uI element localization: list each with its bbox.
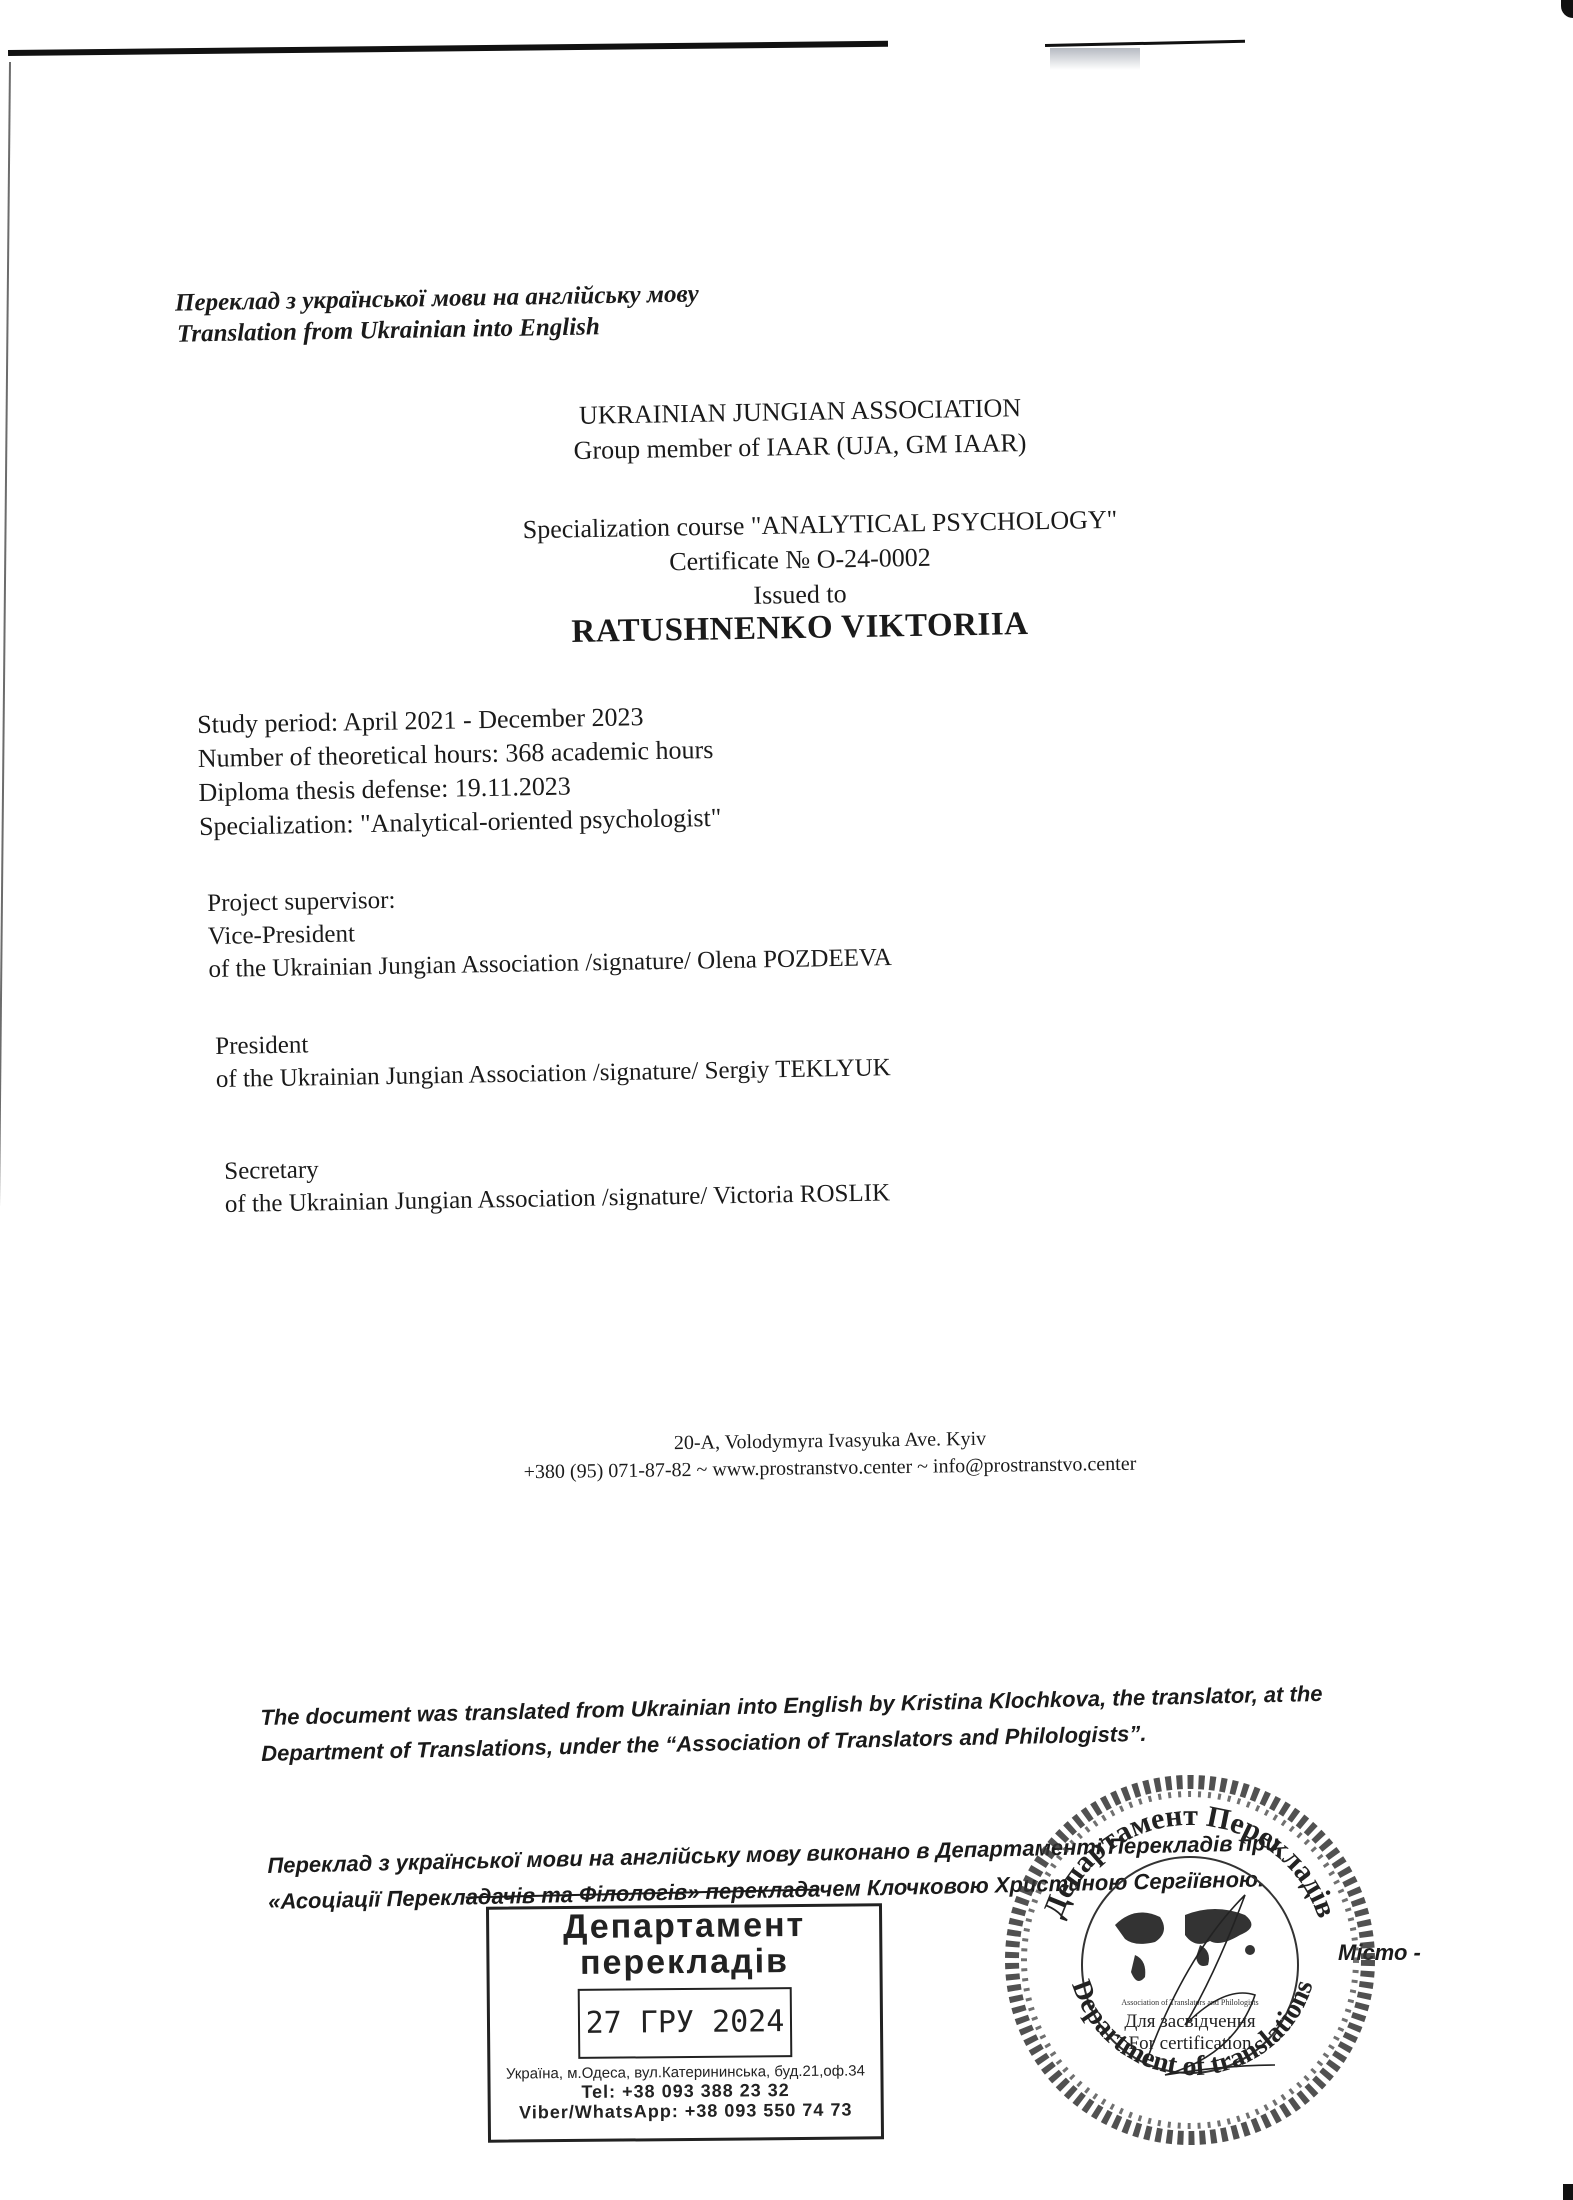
stamp-address: Україна, м.Одеса, вул.Катерининська, буд… — [490, 2062, 880, 2082]
translator-note-en: The document was translated from Ukraini… — [260, 1676, 1324, 1772]
stamp-title-2: перекладів — [489, 1942, 879, 1981]
stamp-date: 27 ГРУ 2024 — [578, 1987, 793, 2059]
signatory-president: President of the Ukrainian Jungian Assoc… — [215, 1018, 891, 1096]
globe-map-icon — [1115, 1909, 1255, 1981]
seal-outer-text-ua: Департамент Перекладів — [1037, 1799, 1344, 1922]
round-seal: Департамент Перекладів Department of tra… — [995, 1775, 1385, 2145]
date-stamp: Департамент перекладів 27 ГРУ 2024 Украї… — [486, 1903, 884, 2142]
scan-edge-left — [0, 62, 11, 2192]
scan-corner-mark-bottom — [1563, 2184, 1573, 2200]
details-list: Study period: April 2021 - December 2023… — [197, 699, 722, 844]
scan-corner-mark — [1561, 0, 1573, 18]
translation-note-en: Translation from Ukrainian into English — [177, 311, 600, 350]
scan-edge-top — [8, 41, 888, 56]
seal-outer-ornament — [1012, 1782, 1368, 2138]
stamp-title-1: Департамент — [489, 1906, 879, 1945]
stamp-messenger: Viber/WhatsApp: +38 093 550 74 73 — [491, 2099, 881, 2122]
scan-edge-top-fragment — [1045, 40, 1245, 47]
seal-inner-ua: Для засвідчення — [1124, 2011, 1256, 2032]
seal-inner-en: For certification — [1129, 2033, 1252, 2054]
scan-smudge — [1050, 48, 1140, 70]
seal-inner-small: Association of Translators and Philologi… — [1121, 1998, 1258, 2007]
signatory-vice-president: Project supervisor: Vice-President of th… — [207, 875, 892, 986]
signatory-secretary: Secretary of the Ukrainian Jungian Assoc… — [224, 1143, 890, 1221]
